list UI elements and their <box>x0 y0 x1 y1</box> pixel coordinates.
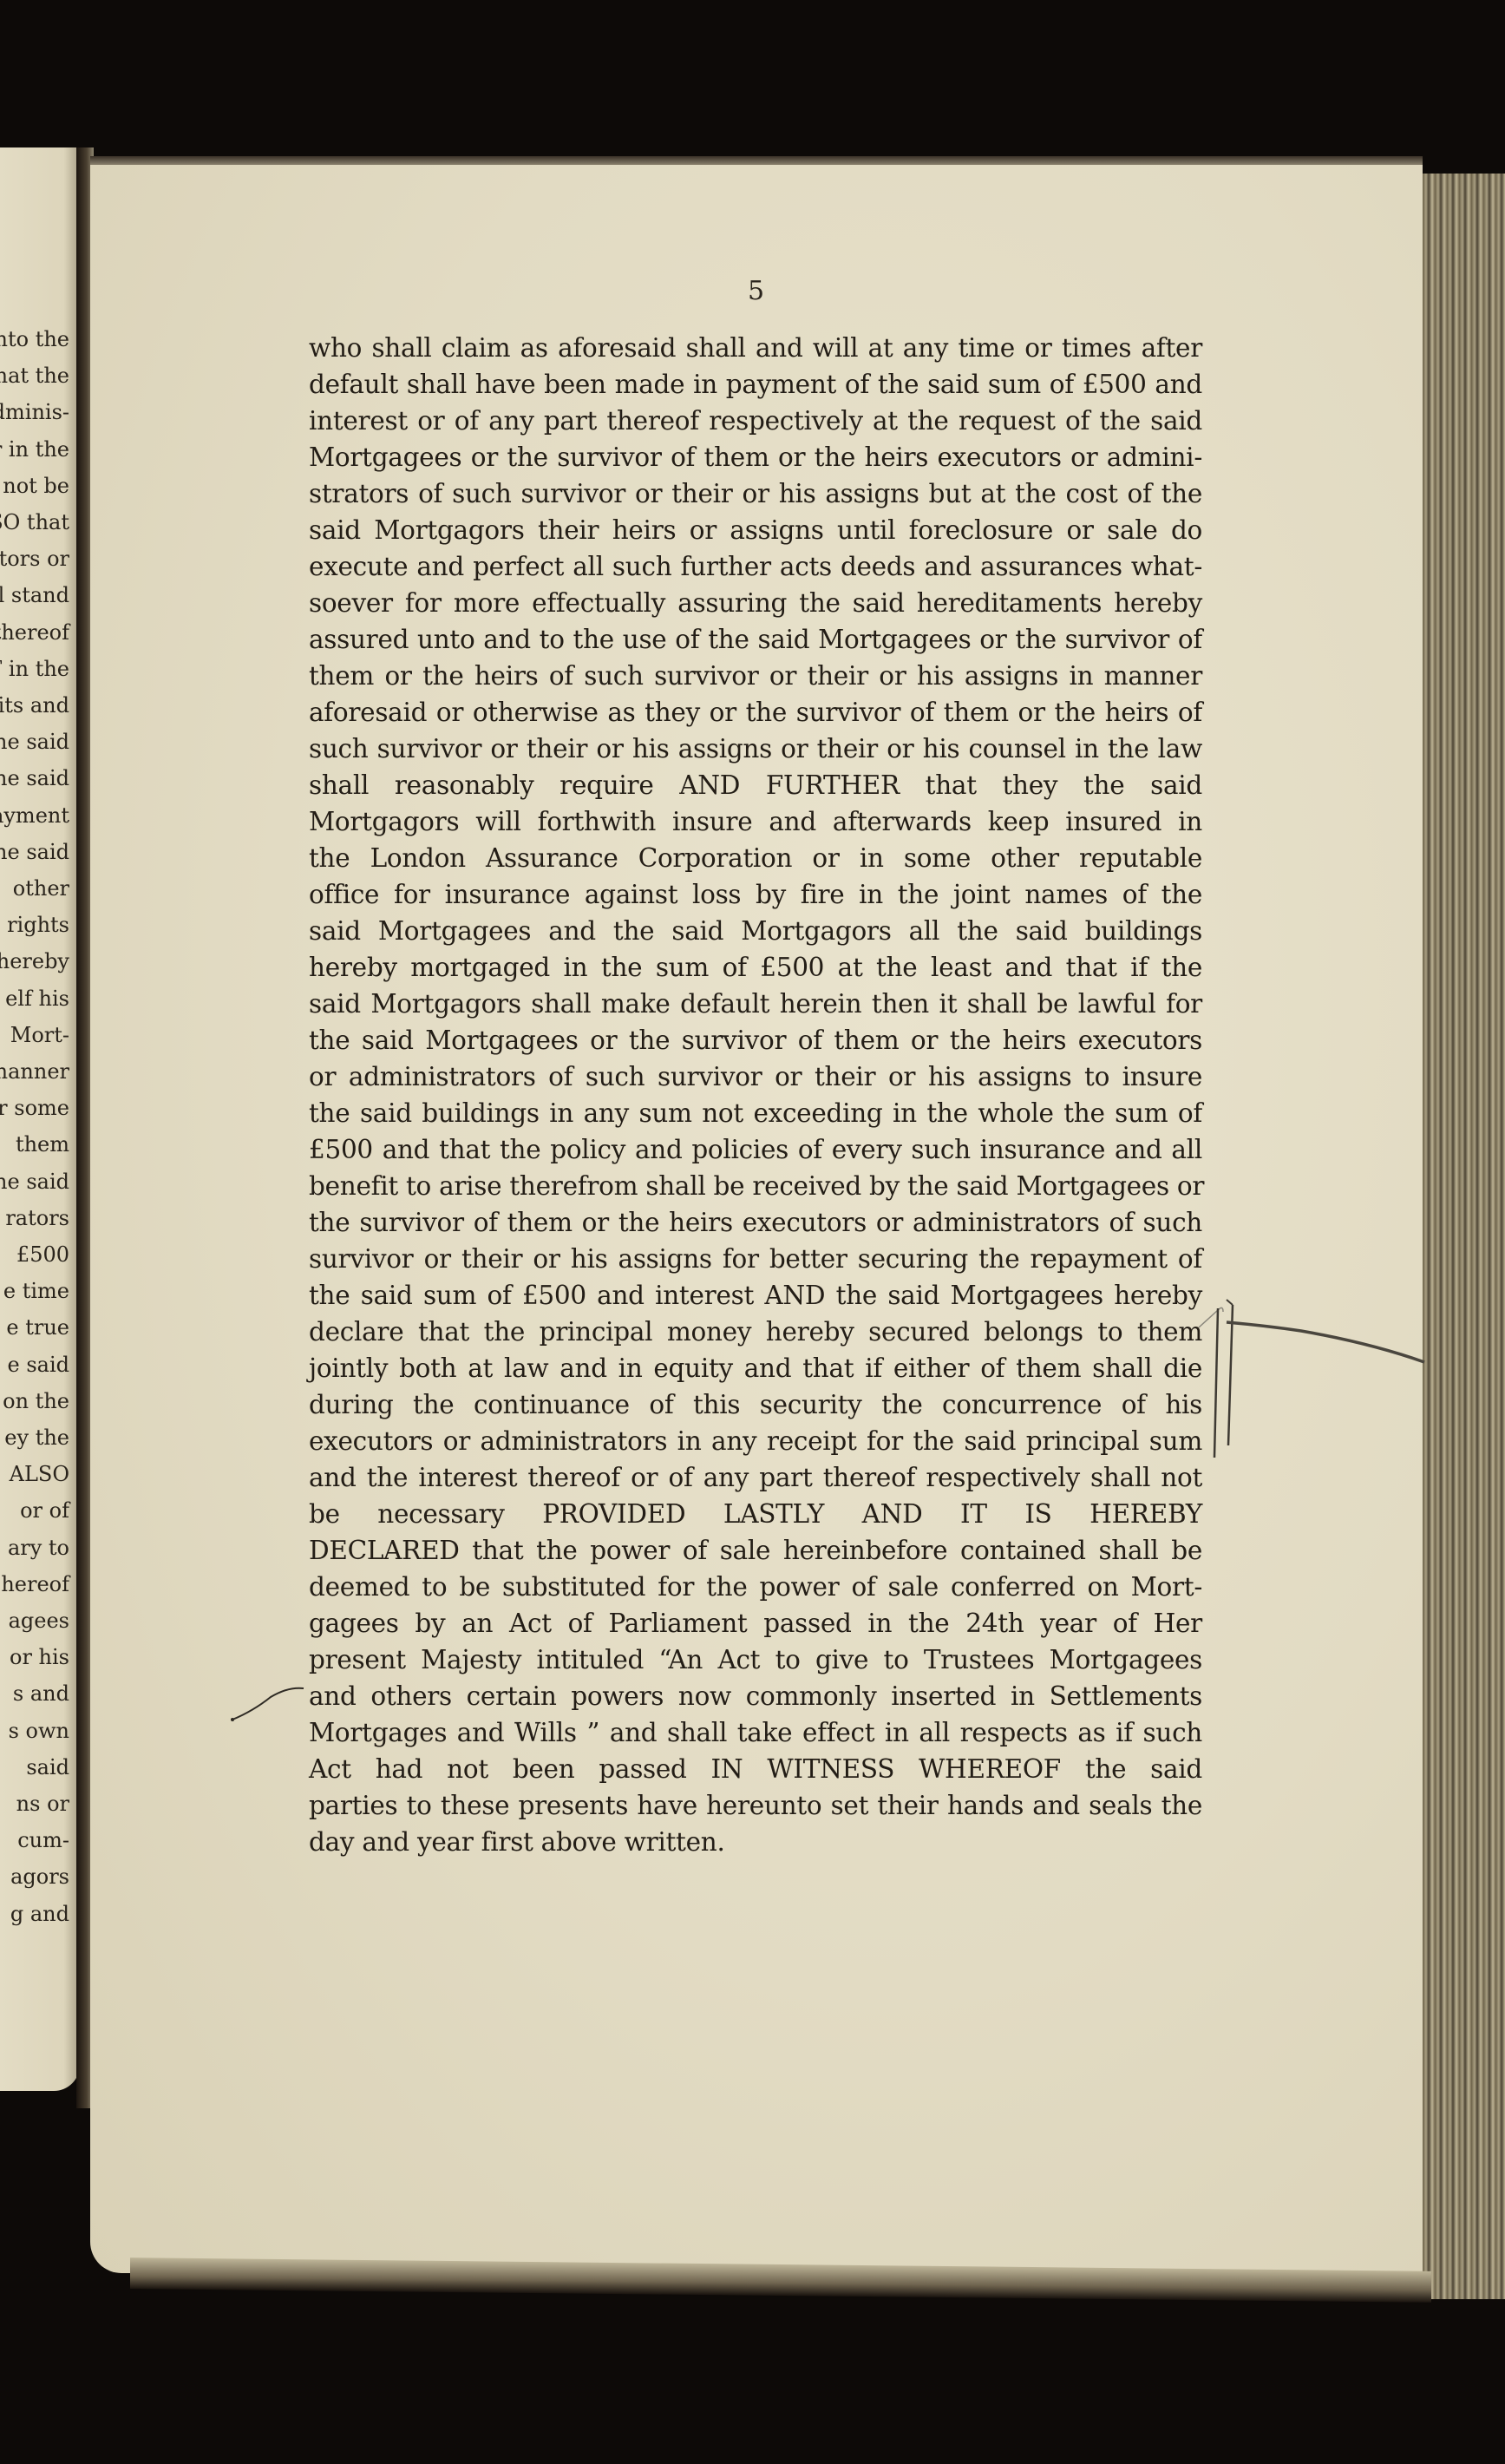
text-line: gagees by an Act of Parliament passed in… <box>309 1605 1202 1642</box>
text-line: and others certain powers now commonly i… <box>309 1678 1202 1714</box>
page-fore-edge <box>1423 174 1505 2299</box>
left-page-text-fragment: Mort- <box>10 1017 69 1053</box>
text-line: £500 and that the policy and policies of… <box>309 1131 1202 1168</box>
left-page-fragment: nto thethat thedminis-r in thel not beSO… <box>0 147 80 2091</box>
left-page-text-fragment: ns or <box>16 1786 69 1822</box>
text-line: said Mortgagors their heirs or assigns u… <box>309 512 1202 548</box>
text-line: who shall claim as aforesaid shall and w… <box>309 330 1202 366</box>
left-page-text-fragment: rights <box>7 907 69 943</box>
text-line: benefit to arise therefrom shall be rece… <box>309 1168 1202 1204</box>
left-page-text-fragment: nto the <box>0 321 69 357</box>
text-line: the said Mortgagees or the survivor of t… <box>309 1022 1202 1058</box>
left-page-text-fragment: SO that <box>0 504 69 541</box>
left-page-text-fragment: ary to <box>8 1530 69 1566</box>
text-line: such survivor or their or his assigns or… <box>309 731 1202 767</box>
text-line: the said sum of £500 and interest AND th… <box>309 1277 1202 1314</box>
left-page-text-fragment: hereby <box>0 943 69 980</box>
left-page-text-fragment: he said <box>0 724 69 760</box>
text-line: interest or of any part thereof respecti… <box>309 403 1202 439</box>
left-page-text-fragment: on the <box>3 1383 69 1419</box>
text-line: present Majesty intituled “An Act to giv… <box>309 1642 1202 1678</box>
text-line: declare that the principal money hereby … <box>309 1314 1202 1350</box>
text-line: the survivor of them or the heirs execut… <box>309 1204 1202 1241</box>
left-page-text-fragment: r in the <box>0 431 69 468</box>
page-number: 5 <box>748 276 764 306</box>
left-page-text-fragment: that the <box>0 357 69 394</box>
left-page-text-fragment: thereof <box>0 614 69 651</box>
left-page-text-fragment: T in the <box>0 651 69 687</box>
text-line: shall reasonably require AND FURTHER tha… <box>309 767 1202 803</box>
left-page-text-fragment: agees <box>9 1602 69 1639</box>
text-line: said Mortgagees and the said Mortgagors … <box>309 913 1202 949</box>
text-line: strators of such survivor or their or hi… <box>309 475 1202 512</box>
left-page-text-fragment: them <box>16 1126 69 1163</box>
left-page-text-fragment: ne said <box>0 834 69 870</box>
left-page-text-fragment: or his <box>10 1639 69 1675</box>
text-line: said Mortgagors shall make default herei… <box>309 986 1202 1022</box>
text-line: survivor or their or his assigns for bet… <box>309 1241 1202 1277</box>
left-page-text-fragment: elf his <box>5 980 69 1017</box>
left-page-text-fragment: s own <box>9 1713 69 1749</box>
left-page-text-fragment: ne said <box>0 1163 69 1200</box>
pencil-left-mark-icon <box>227 1681 305 1733</box>
text-line: during the continuance of this security … <box>309 1386 1202 1423</box>
text-line: parties to these presents have hereunto … <box>309 1787 1202 1824</box>
left-page-text-fragment: s and <box>13 1675 69 1712</box>
left-page-text-fragment: e time <box>3 1273 69 1309</box>
left-page-text-fragment: or of <box>20 1492 69 1529</box>
text-line: DECLARED that the power of sale hereinbe… <box>309 1532 1202 1569</box>
text-line: default shall have been made in payment … <box>309 366 1202 403</box>
left-page-text-fragment: utors or <box>0 541 69 577</box>
text-line: deemed to be substituted for the power o… <box>309 1569 1202 1605</box>
left-page-text-fragment: e true <box>6 1309 69 1346</box>
left-page-text-fragment: £500 <box>16 1236 69 1273</box>
text-line: execute and perfect all such further act… <box>309 548 1202 585</box>
text-line: Act had not been passed IN WITNESS WHERE… <box>309 1751 1202 1787</box>
left-page-text-fragment: agors <box>10 1858 69 1895</box>
text-line: executors or administrators in any recei… <box>309 1423 1202 1459</box>
left-page-text-fragment: dminis- <box>0 394 69 430</box>
text-line: soever for more effectually assuring the… <box>309 585 1202 621</box>
left-page-text-fragment: l stand <box>0 577 69 613</box>
left-page-text-fragment: ALSO <box>10 1456 69 1492</box>
text-line: the London Assurance Corporation or in s… <box>309 840 1202 876</box>
text-line: them or the heirs of such survivor or th… <box>309 658 1202 694</box>
text-line: Mortgagors will forthwith insure and aft… <box>309 803 1202 840</box>
text-line: aforesaid or otherwise as they or the su… <box>309 694 1202 731</box>
text-line: jointly both at law and in equity and th… <box>309 1350 1202 1386</box>
text-line: and the interest thereof or of any part … <box>309 1459 1202 1496</box>
left-page-text-fragment: e said <box>8 1347 70 1383</box>
text-line: be necessary PROVIDED LASTLY AND IT IS H… <box>309 1496 1202 1532</box>
left-page-text-fragment: ayment <box>0 797 69 834</box>
left-page-text-fragment: said <box>26 1749 69 1786</box>
left-page-text-fragment: g and <box>10 1896 69 1932</box>
left-page-text-fragment: l not be <box>0 468 69 504</box>
text-line: Mortgagees or the survivor of them or th… <box>309 439 1202 475</box>
left-page-text-fragment: hereof <box>1 1566 69 1602</box>
text-line: office for insurance against loss by fir… <box>309 876 1202 913</box>
text-line: the said buildings in any sum not exceed… <box>309 1095 1202 1131</box>
body-text: who shall claim as aforesaid shall and w… <box>309 330 1202 1860</box>
text-line: hereby mortgaged in the sum of £500 at t… <box>309 949 1202 986</box>
left-page-text-fragment: cum- <box>17 1822 69 1858</box>
left-page-text-fragment: other <box>13 870 69 907</box>
text-line: Mortgages and Wills ” and shall take eff… <box>309 1714 1202 1751</box>
left-page-text-fragment: nanner <box>0 1053 69 1090</box>
pencil-margin-mark-icon <box>1197 1293 1457 1466</box>
left-page-text-fragment: its and <box>0 687 69 724</box>
left-page-text-fragment: he said <box>0 760 69 796</box>
left-page-text-fragment: rators <box>5 1200 69 1236</box>
text-line: or administrators of such survivor or th… <box>309 1058 1202 1095</box>
text-line: day and year first above written. <box>309 1824 1202 1860</box>
text-line: assured unto and to the use of the said … <box>309 621 1202 658</box>
left-page-text-fragment: ey the <box>4 1419 69 1456</box>
left-page-text-fragment: r some <box>0 1090 69 1126</box>
